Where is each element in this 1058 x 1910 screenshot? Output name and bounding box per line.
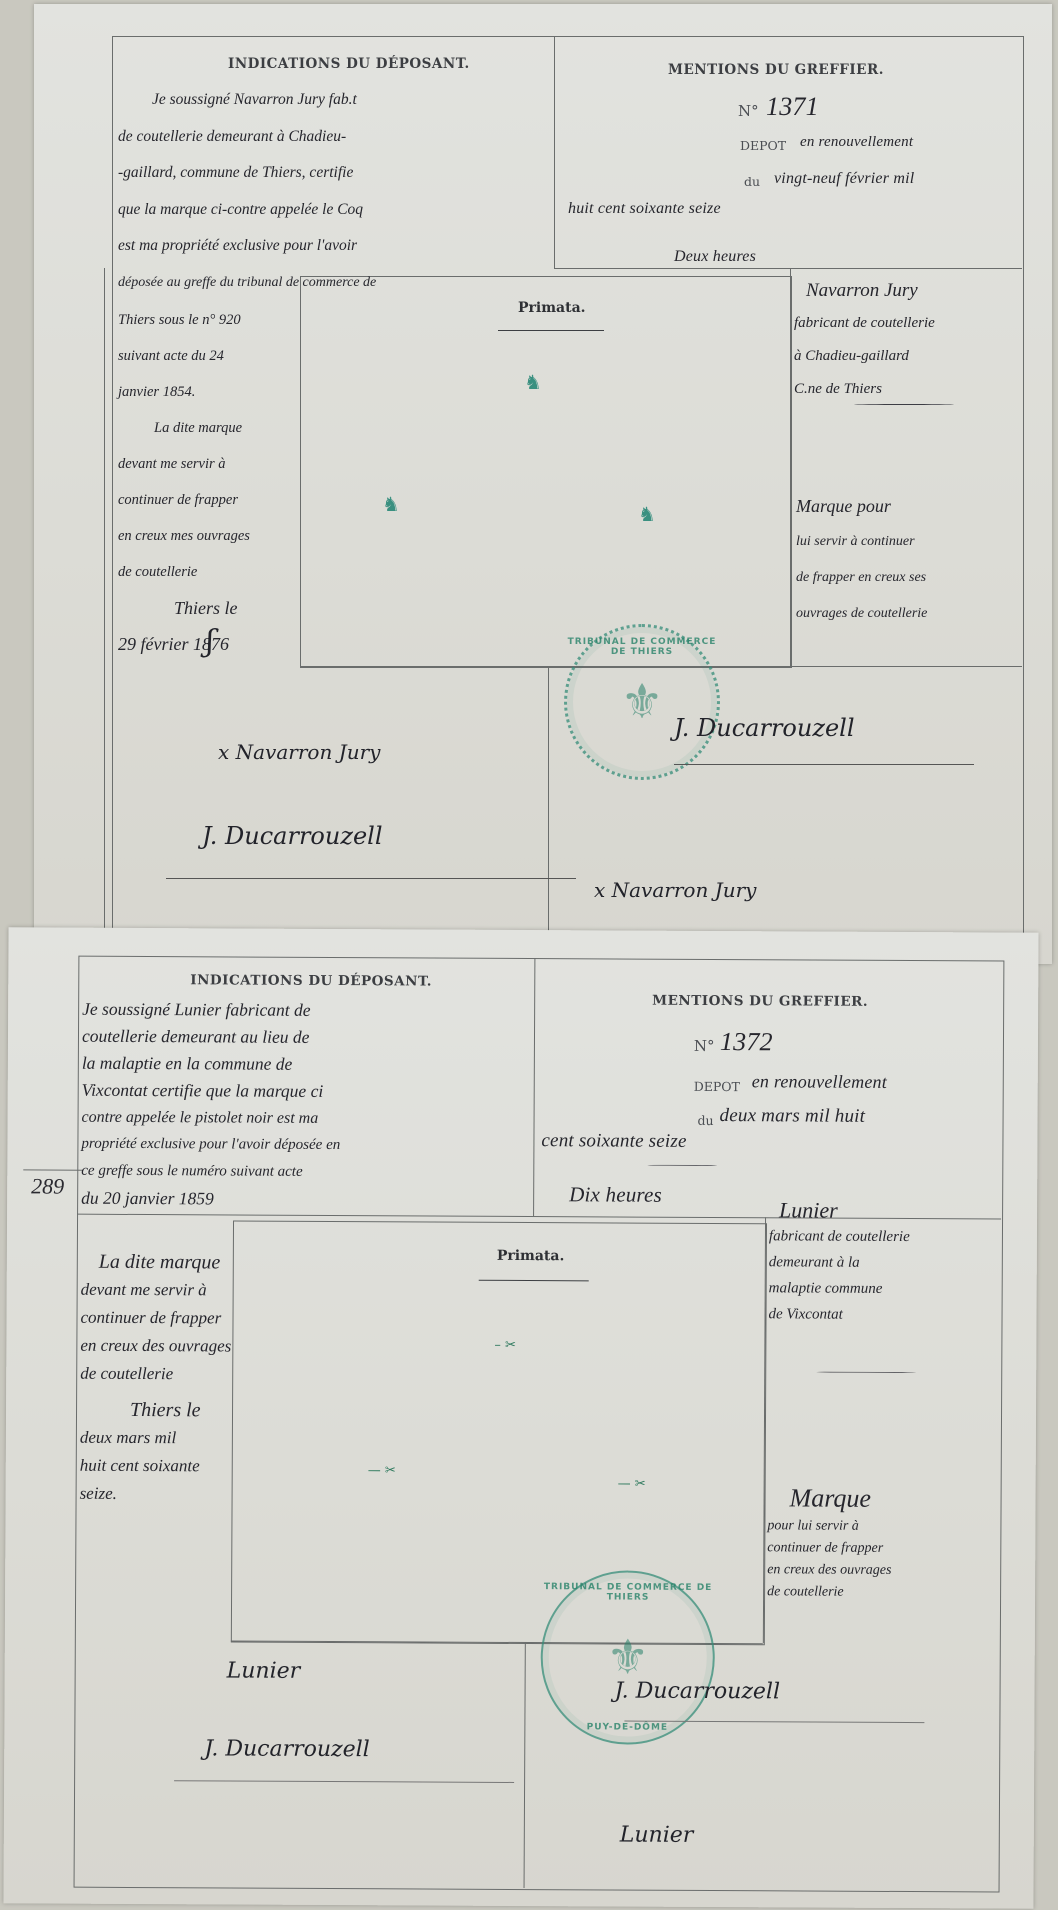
deposit-number: 1371	[766, 92, 819, 122]
greffier-header: MENTIONS DU GREFFIER.	[652, 993, 868, 1010]
deposant-header: INDICATIONS DU DÉPOSANT.	[228, 56, 470, 72]
register-page-1372: INDICATIONS DU DÉPOSANT. MENTIONS DU GRE…	[3, 927, 1038, 1908]
depot-label: DEPOT	[740, 138, 786, 153]
greffier-text: Navarron Jury fabricant de coutellerie à…	[794, 274, 935, 406]
signature-deposant-right: Lunier	[620, 1823, 694, 1848]
header-rule	[554, 268, 1022, 269]
liberty-figure-icon: ⚜	[620, 674, 663, 730]
flourish	[854, 404, 954, 405]
liberty-figure-icon: ⚜	[606, 1629, 649, 1685]
rooster-mark-icon: ♞	[382, 492, 400, 516]
signature-underline	[674, 764, 974, 765]
signature-deposant-left: x Navarron Jury	[218, 740, 380, 764]
signature-underline	[166, 878, 576, 879]
signature-greffier-left: J. Ducarrouzell	[202, 822, 383, 850]
signature-divider	[548, 666, 549, 946]
pistol-mark-icon: — ✂	[368, 1463, 396, 1478]
primata-label: Primata.	[497, 1248, 565, 1264]
signature-greffier-left: J. Ducarrouzell	[204, 1736, 370, 1762]
register-page-1371: INDICATIONS DU DÉPOSANT. MENTIONS DU GRE…	[34, 4, 1052, 964]
deposant-header: INDICATIONS DU DÉPOSANT.	[190, 972, 432, 989]
deposant-text: Je soussigné Navarron Jury fab.t de cout…	[118, 82, 376, 301]
greffier-header: MENTIONS DU GREFFIER.	[668, 62, 884, 78]
number-label: N°	[738, 102, 759, 120]
rooster-mark-icon: ♞	[638, 502, 656, 526]
date-line-2: cent soixante seize	[541, 1130, 686, 1153]
depot-label: DEPOT	[694, 1079, 740, 1094]
deposit-hour: Deux heures	[674, 248, 756, 266]
deposant-text-cont: La dite marque devant me servir à contin…	[80, 1248, 232, 1509]
date-line-1: deux mars mil huit	[720, 1105, 866, 1128]
deposant-text-cont: Thiers sous le n° 920 suivant acte du 24…	[118, 302, 250, 662]
signature-deposant-left: Lunier	[227, 1658, 301, 1683]
primata-box	[300, 276, 792, 668]
rooster-mark-icon: ♞	[524, 370, 542, 394]
deposit-number: 1372	[720, 1027, 773, 1057]
margin-register-number: 289	[31, 1173, 64, 1199]
depot-value: en renouvellement	[800, 134, 913, 151]
signature-deposant-right: x Navarron Jury	[594, 878, 756, 902]
greffier-marque: Marque pour lui servir à continuer de fr…	[767, 1481, 892, 1604]
deposant-text: Je soussigné Lunier fabricant de coutell…	[81, 996, 341, 1213]
greffier-marque: Marque pour lui servir à continuer de fr…	[796, 488, 927, 632]
date-line-1: vingt-neuf février mil	[774, 170, 914, 188]
tribunal-stamp: TRIBUNAL DE COMMERCE DE THIERS ⚜ PUY-DE-…	[540, 1570, 715, 1745]
column-divider	[554, 36, 555, 268]
primata-rule	[498, 330, 604, 331]
signature-greffier-right: J. Ducarrouzell	[674, 714, 855, 742]
left-column-divider	[104, 268, 105, 948]
depot-value: en renouvellement	[752, 1071, 887, 1093]
paraph: ʃ	[206, 624, 214, 659]
greffier-text: Lunier fabricant de coutellerie demeuran…	[768, 1197, 909, 1328]
pistol-mark-icon: – ✂	[494, 1338, 516, 1353]
du-label: du	[744, 174, 760, 189]
tribunal-stamp: TRIBUNAL DE COMMERCE DE THIERS ⚜	[564, 624, 720, 780]
margin-rule	[23, 1169, 83, 1170]
pistol-mark-icon: — ✂	[618, 1477, 646, 1492]
date-line-2: huit cent soixante seize	[568, 200, 721, 218]
primata-label: Primata.	[518, 300, 586, 316]
deposit-hour: Dix heures	[569, 1182, 662, 1207]
primata-box	[231, 1220, 767, 1645]
number-label: N°	[694, 1037, 715, 1055]
du-label: du	[698, 1113, 714, 1128]
signature-greffier-right: J. Ducarrouzell	[615, 1678, 781, 1704]
